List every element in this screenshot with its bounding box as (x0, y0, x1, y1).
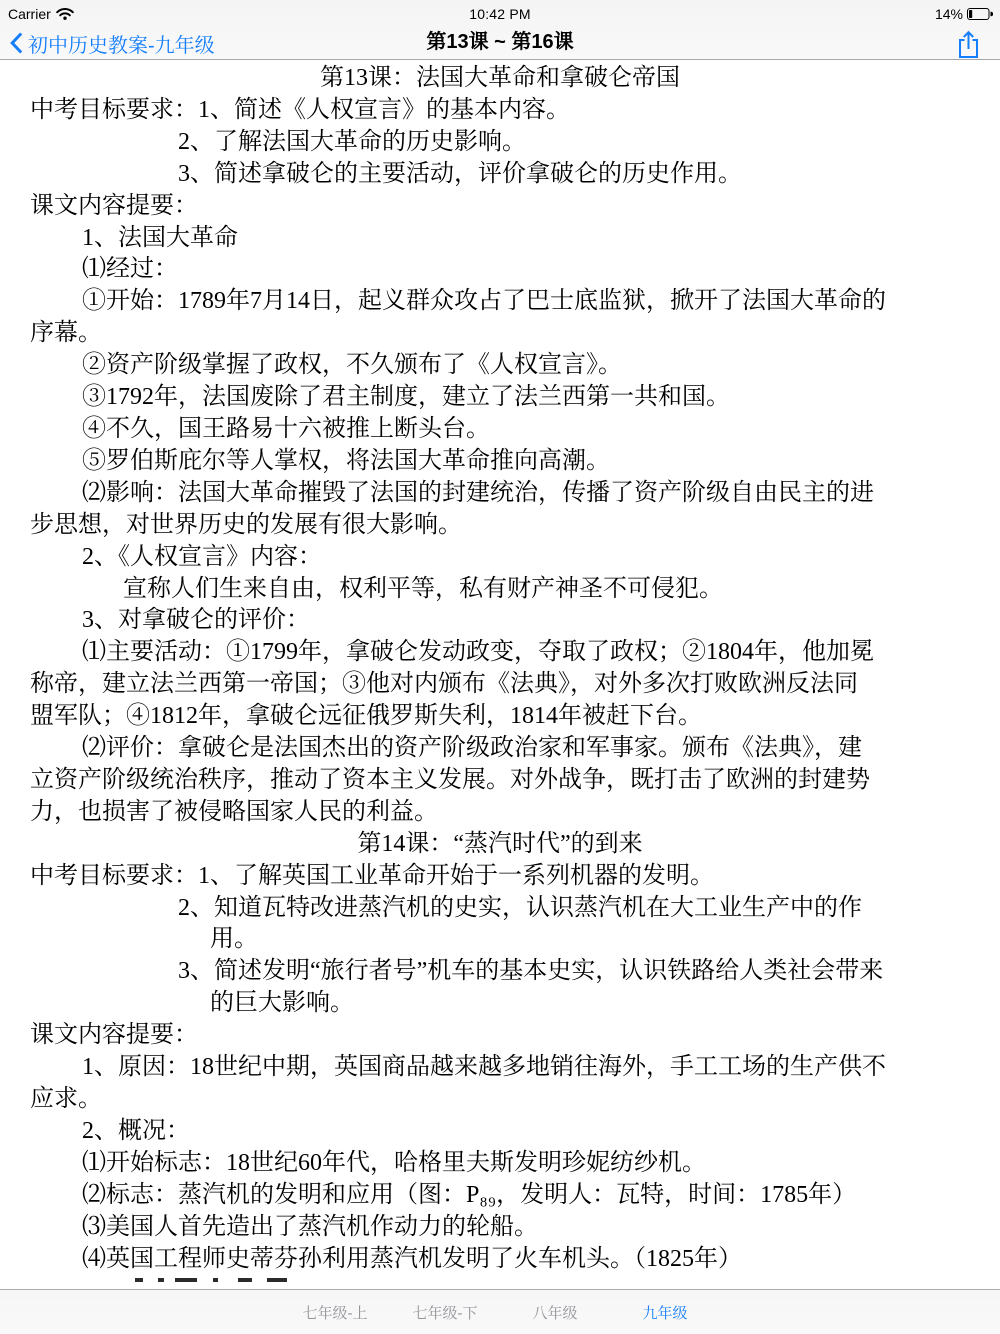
doc-line-33: 应求。 (0, 1084, 1000, 1116)
doc-line-34: 2、概况： (0, 1116, 1000, 1148)
tab-grade7-2[interactable]: 七年级-下 (390, 1290, 500, 1334)
doc-line-17: 宣称人们生来自由，权利平等，私有财产神圣不可侵犯。 (0, 574, 1000, 606)
doc-line-24: 力，也损害了被侵略国家人民的利益。 (0, 797, 1000, 829)
doc-line-5: 课文内容提要： (0, 191, 1000, 223)
doc-line-3: 2、了解法国大革命的历史影响。 (0, 127, 1000, 159)
app-window: Carrier 10:42 PM 14% (0, 0, 1000, 1334)
status-right: 14% (935, 0, 993, 27)
document-scroll-area[interactable]: 第13课：法国大革命和拿破仑帝国中考目标要求：1、简述《人权宣言》的基本内容。2… (0, 61, 1000, 1290)
doc-line-15: 步思想，对世界历史的发展有很大影响。 (0, 510, 1000, 542)
doc-line-13: ⑤罗伯斯庇尔等人掌权，将法国大革命推向高潮。 (0, 446, 1000, 478)
tab-grade7-1[interactable]: 七年级-上 (280, 1290, 390, 1334)
doc-line-32: 1、原因：18世纪中期，英国商品越来越多地销往海外，手工工场的生产供不 (0, 1052, 1000, 1084)
page-title: 第13课 ~ 第16课 (0, 27, 1000, 59)
doc-line-12: ④不久，国王路易十六被推上断头台。 (0, 414, 1000, 446)
doc-line-14: ⑵影响：法国大革命摧毁了法国的封建统治，传播了资产阶级自由民主的进 (0, 478, 1000, 510)
clipped-text-line (0, 1275, 1000, 1285)
doc-line-9: 序幕。 (0, 318, 1000, 350)
battery-icon (967, 8, 993, 20)
doc-line-28: 用。 (0, 924, 1000, 956)
navigation-bar: 初中历史教案-九年级 第13课 ~ 第16课 (0, 27, 1000, 59)
doc-line-4: 3、简述拿破仑的主要活动，评价拿破仑的历史作用。 (0, 159, 1000, 191)
doc-line-16: 2、《人权宣言》内容： (0, 542, 1000, 574)
share-icon (957, 30, 980, 59)
doc-line-7: ⑴经过： (0, 254, 1000, 286)
header-bars: Carrier 10:42 PM 14% (0, 0, 1000, 60)
doc-line-30: 的巨大影响。 (0, 988, 1000, 1020)
doc-line-23: 立资产阶级统治秩序，推动了资本主义发展。对外战争，既打击了欧洲的封建势 (0, 765, 1000, 797)
tab-grade8[interactable]: 八年级 (500, 1290, 610, 1334)
doc-line-26: 中考目标要求：1、了解英国工业革命开始于一系列机器的发明。 (0, 861, 1000, 893)
document-body: 第13课：法国大革命和拿破仑帝国中考目标要求：1、简述《人权宣言》的基本内容。2… (0, 61, 1000, 1275)
doc-line-6: 1、法国大革命 (0, 223, 1000, 255)
doc-line-22: ⑵评价：拿破仑是法国杰出的资产阶级政治家和军事家。颁布《法典》，建 (0, 733, 1000, 765)
share-button[interactable] (957, 28, 980, 60)
doc-line-27: 2、知道瓦特改进蒸汽机的史实，认识蒸汽机在大工业生产中的作 (0, 893, 1000, 925)
doc-line-19: ⑴主要活动：①1799年，拿破仑发动政变，夺取了政权；②1804年，他加冕 (0, 637, 1000, 669)
status-bar: Carrier 10:42 PM 14% (0, 0, 1000, 27)
battery-percent-label: 14% (935, 6, 963, 22)
doc-line-2: 中考目标要求：1、简述《人权宣言》的基本内容。 (0, 95, 1000, 127)
tab-bar-items: 七年级-上七年级-下八年级九年级 (280, 1290, 720, 1334)
tab-bar: 七年级-上七年级-下八年级九年级 (0, 1289, 1000, 1334)
doc-line-37: ⑶美国人首先造出了蒸汽机作动力的轮船。 (0, 1212, 1000, 1244)
doc-line-1: 第13课：法国大革命和拿破仑帝国 (0, 63, 1000, 95)
doc-line-10: ②资产阶级掌握了政权，不久颁布了《人权宣言》。 (0, 350, 1000, 382)
doc-line-31: 课文内容提要： (0, 1020, 1000, 1052)
doc-line-38: ⑷英国工程师史蒂芬孙利用蒸汽机发明了火车机头。（1825年） (0, 1244, 1000, 1276)
doc-line-20: 称帝，建立法兰西第一帝国；③他对内颁布《法典》，对外多次打败欧洲反法同 (0, 669, 1000, 701)
tab-grade9[interactable]: 九年级 (610, 1290, 720, 1334)
doc-line-18: 3、对拿破仑的评价： (0, 605, 1000, 637)
doc-line-11: ③1792年，法国废除了君主制度，建立了法兰西第一共和国。 (0, 382, 1000, 414)
doc-line-29: 3、简述发明“旅行者号”机车的基本史实，认识铁路给人类社会带来 (0, 956, 1000, 988)
doc-line-35: ⑴开始标志：18世纪60年代，哈格里夫斯发明珍妮纺纱机。 (0, 1148, 1000, 1180)
doc-line-8: ①开始：1789年7月14日，起义群众攻占了巴士底监狱，掀开了法国大革命的 (0, 286, 1000, 318)
status-time: 10:42 PM (0, 6, 1000, 22)
doc-line-25: 第14课：“蒸汽时代”的到来 (0, 829, 1000, 861)
doc-line-36: ⑵标志：蒸汽机的发明和应用（图：P₈₉，发明人：瓦特，时间：1785年） (0, 1180, 1000, 1212)
doc-line-21: 盟军队；④1812年，拿破仑远征俄罗斯失利，1814年被赶下台。 (0, 701, 1000, 733)
